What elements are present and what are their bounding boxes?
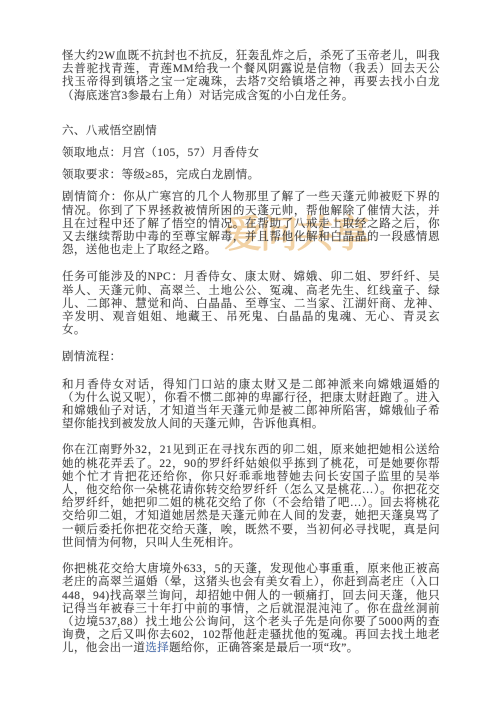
flow-paragraph-3: 你把桃花交给大唐境外633，5的天蓬，发现他心事重重，原来他正被高老庄的高翠兰逼…	[62, 563, 440, 655]
document-content: 怪大约2W血既不抗封也不抗反，狂轰乱炸之后，杀死了玉帝老儿，叫我去普驼找青莲，青…	[62, 50, 440, 669]
npc-list-paragraph: 任务可能涉及的NPC：月香侍女、康太财、嫦娥、卯二姐、罗纤纤、吴举人、天蓬元帅、…	[62, 271, 440, 337]
flow-paragraph-1: 和月香侍女对话，得知门口站的康太财又是二郎神派来向嫦娥逼婚的（为什么说又呢），你…	[62, 379, 440, 432]
quest-location-line: 领取地点：月宫（105，57）月香侍女	[62, 147, 440, 160]
section-heading: 六、八戒悟空剧情	[62, 125, 440, 138]
flow-heading: 剧情流程：	[62, 351, 440, 364]
flow-paragraph-3-text-pre: 你把桃花交给大唐境外633，5的天蓬，发现他心事重重，原来他正被高老庄的高翠兰逼…	[62, 563, 440, 654]
document-page: 爱问共享 怪大约2W血既不抗封也不抗反，狂轰乱炸之后，杀死了玉帝老儿，叫我去普驼…	[0, 0, 500, 707]
quest-requirement-line: 领取要求：等级≥85，完成白龙剧情。	[62, 169, 440, 182]
choice-question-link[interactable]: 选择	[145, 642, 169, 654]
flow-paragraph-3-text-post: 题给你，正确答案是最后一项“玫”。	[169, 642, 359, 654]
intro-paragraph: 怪大约2W血既不抗封也不抗反，狂轰乱炸之后，杀死了玉帝老儿，叫我去普驼找青莲，青…	[62, 50, 440, 103]
quest-summary-paragraph: 剧情简介：你从广寒宫的几个人物那里了解了一些天蓬元帅被贬下界的情况。你到了下界拯…	[62, 191, 440, 257]
flow-paragraph-2: 你在江南野外32，21见到正在寻找东西的卯二姐，原来她把她相公送给她的桃花弄丢了…	[62, 444, 440, 550]
